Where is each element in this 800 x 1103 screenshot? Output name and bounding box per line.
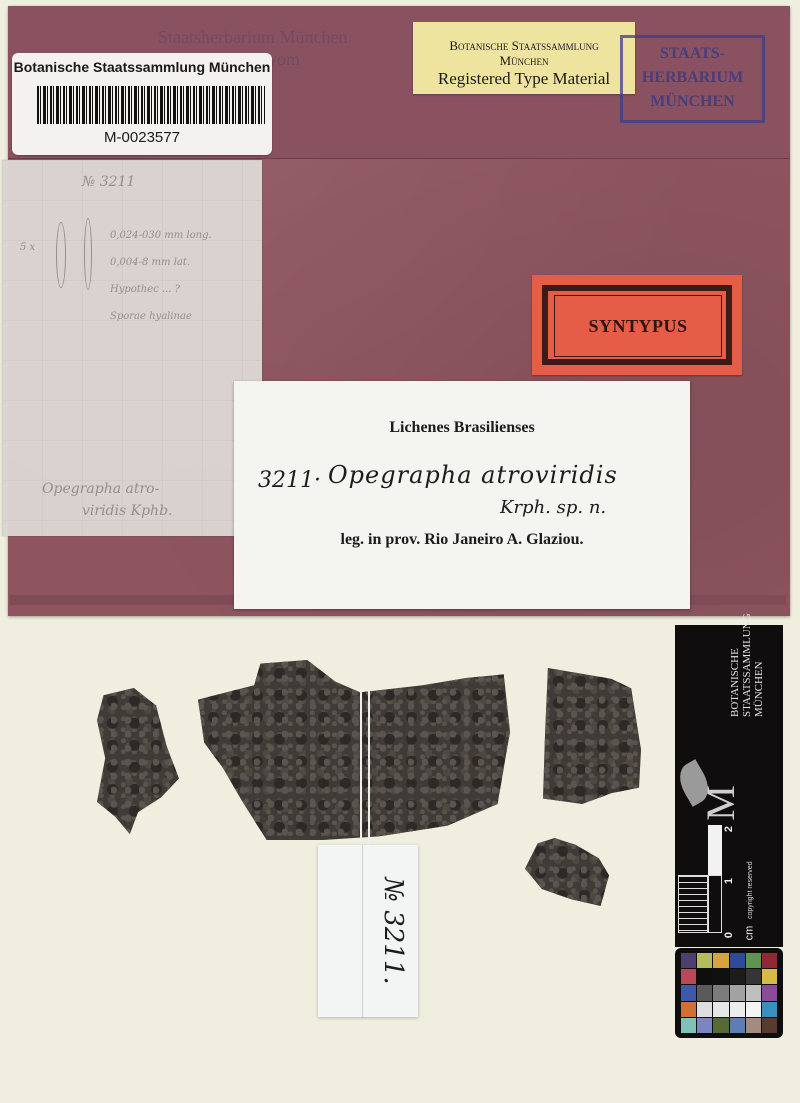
color-swatch <box>697 1018 712 1033</box>
color-swatch <box>730 953 745 968</box>
notes-magnification: 5 x <box>20 242 35 253</box>
stamp-line-3: MÜNCHEN <box>623 90 762 114</box>
notes-line: 0,024-030 mm long. <box>110 222 212 249</box>
color-swatch <box>762 985 777 1000</box>
tag-number: № 3211. <box>372 861 408 1001</box>
color-swatch <box>762 969 777 984</box>
label-species-name: Opegrapha atroviridis <box>328 461 618 489</box>
notes-footer: Opegrapha atro- viridis Kphb. <box>42 478 172 522</box>
color-checker-grid <box>681 953 777 1033</box>
label-collector: leg. in prov. Rio Janeiro A. Glaziou. <box>234 531 690 549</box>
color-swatch <box>762 1018 777 1033</box>
tie-string <box>368 688 370 848</box>
ruler-label-1: 1 <box>723 878 735 884</box>
specimen-label: Lichenes Brasilienses 3211· Opegrapha at… <box>234 381 690 609</box>
type-label-status: Registered Type Material <box>413 68 635 90</box>
label-author: Krph. sp. n. <box>500 497 606 518</box>
color-swatch <box>713 985 728 1000</box>
color-swatch <box>697 985 712 1000</box>
color-swatch <box>730 985 745 1000</box>
color-swatch <box>681 953 696 968</box>
scale-institution-text: BOTANISCHE STAATSSAMMLUNG MÜNCHEN <box>729 567 769 717</box>
color-swatch <box>681 1018 696 1033</box>
color-swatch <box>762 1002 777 1017</box>
type-label-institution: Botanische Staatssammlung <box>413 38 635 53</box>
registered-type-label: Botanische Staatssammlung München Regist… <box>413 22 635 94</box>
bark-specimen-fragment <box>525 838 609 906</box>
cm-ruler: 2 1 0 cm <box>678 825 722 935</box>
spore-drawing-icon <box>56 222 66 288</box>
scale-institution-line: STAATSSAMMLUNG <box>741 567 753 717</box>
handwritten-notes-sheet: № 3211 5 x 0,024-030 mm long. 0,004-8 mm… <box>2 160 262 536</box>
syntypus-label: SYNTYPUS <box>532 275 742 375</box>
color-swatch <box>697 1002 712 1017</box>
scale-bar: BOTANISCHE STAATSSAMMLUNG MÜNCHEN M 2 1 … <box>675 625 783 947</box>
institution-logo: M <box>683 783 759 823</box>
color-swatch <box>713 953 728 968</box>
notes-footer-line: Opegrapha atro- <box>42 478 172 500</box>
color-swatch <box>746 969 761 984</box>
notes-measurements: 0,024-030 mm long. 0,004-8 mm lat. Hypot… <box>110 222 212 330</box>
label-collection-number: 3211· <box>258 468 321 493</box>
notes-line: 0,004-8 mm lat. <box>110 249 212 276</box>
notes-line: Hypothec ... ? <box>110 276 212 303</box>
color-checker-card <box>675 948 783 1038</box>
color-swatch <box>746 953 761 968</box>
notes-line: Sporae hyalinae <box>110 303 212 330</box>
color-swatch <box>746 1002 761 1017</box>
bark-specimen-fragment <box>97 688 179 834</box>
color-swatch <box>730 1018 745 1033</box>
color-swatch <box>681 969 696 984</box>
color-swatch <box>697 969 712 984</box>
ruler-segment-white <box>708 825 722 875</box>
bark-specimen-main <box>198 660 510 840</box>
tag-rule-line <box>362 845 363 1017</box>
barcode-icon <box>37 86 265 124</box>
color-swatch <box>730 969 745 984</box>
syntypus-text: SYNTYPUS <box>554 295 722 357</box>
specimen-number-tag: № 3211. <box>318 845 418 1017</box>
label-heading: Lichenes Brasilienses <box>234 419 690 437</box>
tie-string <box>360 688 362 850</box>
notes-footer-line: viridis Kphb. <box>42 500 172 522</box>
stamp-line-1: STAATS- <box>623 42 762 66</box>
notes-number: № 3211 <box>82 174 135 190</box>
type-label-city: München <box>413 53 635 68</box>
barcode-institution-title: Botanische Staatssammlung München <box>12 59 272 75</box>
ruler-mm-ticks <box>678 875 708 933</box>
syntypus-frame: SYNTYPUS <box>542 285 732 365</box>
barcode-number: M-0023577 <box>12 129 272 146</box>
stamp-line-2: HERBARIUM <box>623 66 762 90</box>
color-swatch <box>681 985 696 1000</box>
spore-drawing-icon <box>84 218 92 290</box>
color-swatch <box>713 1018 728 1033</box>
ruler-segment-black <box>708 875 722 933</box>
barcode-label: Botanische Staatssammlung München M-0023… <box>12 53 272 155</box>
ruler-unit: cm <box>743 926 755 941</box>
color-swatch <box>746 1018 761 1033</box>
color-swatch <box>762 953 777 968</box>
bark-specimen-fragment <box>543 668 641 804</box>
color-swatch <box>713 1002 728 1017</box>
color-swatch <box>697 953 712 968</box>
color-swatch <box>746 985 761 1000</box>
ruler-label-2: 2 <box>723 826 735 832</box>
color-swatch <box>681 1002 696 1017</box>
faint-stamp-line-1: Staatsherbarium München <box>158 26 408 48</box>
copyright-notice: copyright reserved <box>747 839 754 919</box>
scale-institution-line: BOTANISCHE <box>729 567 741 717</box>
color-swatch <box>730 1002 745 1017</box>
herbarium-stamp: STAATS- HERBARIUM MÜNCHEN <box>620 35 765 123</box>
ruler-label-0: 0 <box>723 932 735 938</box>
scale-institution-line: MÜNCHEN <box>753 567 765 717</box>
color-swatch <box>713 969 728 984</box>
